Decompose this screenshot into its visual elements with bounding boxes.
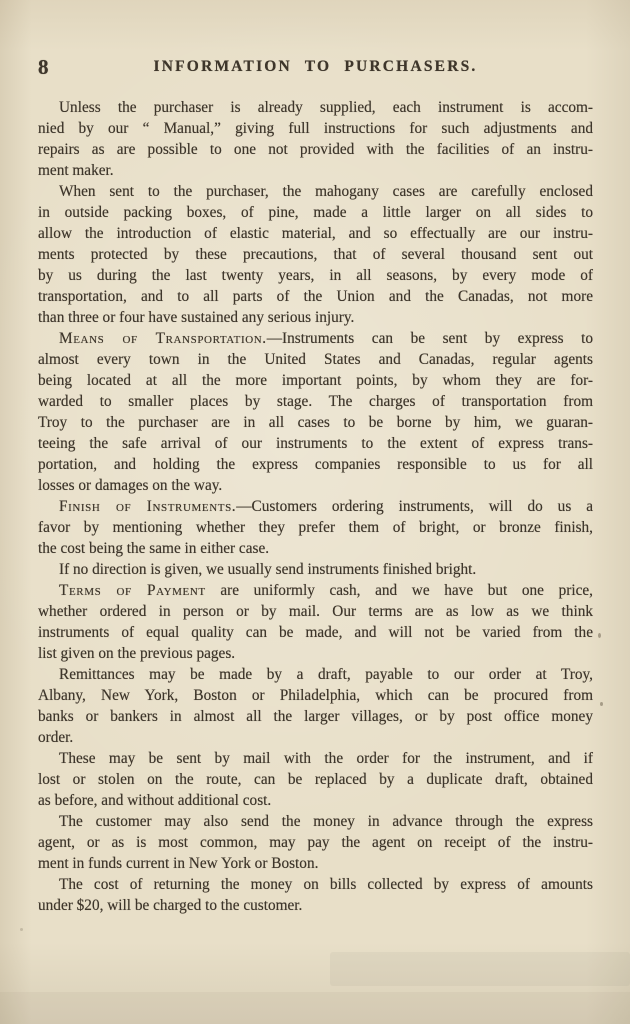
ink-speck — [20, 928, 23, 931]
paragraph: If no direction is given, we usually sen… — [38, 559, 593, 580]
text-line: Troy to the purchaser are in all cases t… — [38, 412, 593, 433]
smallcaps-heading: Finish of Instruments. — [59, 498, 236, 515]
text-line: When sent to the purchaser, the mahogany… — [38, 181, 593, 202]
paragraph: When sent to the purchaser, the mahogany… — [38, 181, 593, 328]
paragraph: Unless the purchaser is already supplied… — [38, 97, 593, 181]
text-line: under $20, will be charged to the custom… — [38, 895, 593, 916]
text-line: Means of Transportation.—Instruments can… — [38, 328, 593, 349]
text-line: The cost of returning the money on bills… — [38, 874, 593, 895]
text-line: ment maker. — [38, 160, 593, 181]
page-content: Unless the purchaser is already supplied… — [38, 97, 593, 916]
text-line: Albany, New York, Boston or Philadelphia… — [38, 685, 593, 706]
paragraph: Finish of Instruments.—Customers orderin… — [38, 496, 593, 559]
paragraph: Means of Transportation.—Instruments can… — [38, 328, 593, 496]
scanned-book-page: 8 INFORMATION TO PURCHASERS. Unless the … — [0, 0, 630, 1024]
text-line: the cost being the same in either case. — [38, 538, 593, 559]
text-line: whether ordered in person or by mail. Ou… — [38, 601, 593, 622]
paragraph: The cost of returning the money on bills… — [38, 874, 593, 916]
text-line: ment in funds current in New York or Bos… — [38, 853, 593, 874]
text-line: nied by our “ Manual,” giving full instr… — [38, 118, 593, 139]
text-line: transportation, and to all parts of the … — [38, 286, 593, 307]
paragraph: These may be sent by mail with the order… — [38, 748, 593, 811]
text-line: list given on the previous pages. — [38, 643, 593, 664]
text-line: portation, and holding the express compa… — [38, 454, 593, 475]
text-line: Terms of Payment are uniformly cash, and… — [38, 580, 593, 601]
text-line: favor by mentioning whether they prefer … — [38, 517, 593, 538]
text-line: than three or four have sustained any se… — [38, 307, 593, 328]
scan-shading — [0, 992, 630, 1024]
smallcaps-heading: Means of Transportation. — [59, 330, 267, 347]
text-line: Remittances may be made by a draft, paya… — [38, 664, 593, 685]
running-head-title: INFORMATION TO PURCHASERS. — [38, 58, 593, 76]
text-line: losses or damages on the way. — [38, 475, 593, 496]
paragraph: Terms of Payment are uniformly cash, and… — [38, 580, 593, 664]
ink-speck — [598, 633, 601, 638]
text-line: warded to smaller places by stage. The c… — [38, 391, 593, 412]
text-line: almost every town in the United States a… — [38, 349, 593, 370]
text-line: agent, or as is most common, may pay the… — [38, 832, 593, 853]
smallcaps-heading: Terms of Payment — [59, 582, 206, 599]
ink-speck — [600, 702, 603, 706]
text-line: teeing the safe arrival of our instrumen… — [38, 433, 593, 454]
text-line: Unless the purchaser is already supplied… — [38, 97, 593, 118]
text-line: being located at all the more important … — [38, 370, 593, 391]
text-line: allow the introduction of elastic materi… — [38, 223, 593, 244]
text-line: instruments of equal quality can be made… — [38, 622, 593, 643]
text-line: order. — [38, 727, 593, 748]
page-header: 8 INFORMATION TO PURCHASERS. — [38, 55, 593, 81]
text-line: as before, and without additional cost. — [38, 790, 593, 811]
paragraph: Remittances may be made by a draft, paya… — [38, 664, 593, 748]
text-line: banks or bankers in almost all the large… — [38, 706, 593, 727]
paragraph: The customer may also send the money in … — [38, 811, 593, 874]
text-line: Finish of Instruments.—Customers orderin… — [38, 496, 593, 517]
scan-shading — [330, 952, 630, 986]
text-line: by us during the last twenty years, in a… — [38, 265, 593, 286]
text-line: repairs as are possible to one not provi… — [38, 139, 593, 160]
text-line: lost or stolen on the route, can be repl… — [38, 769, 593, 790]
text-line: ments protected by these precautions, th… — [38, 244, 593, 265]
text-line: These may be sent by mail with the order… — [38, 748, 593, 769]
text-line: If no direction is given, we usually sen… — [38, 559, 593, 580]
text-line: The customer may also send the money in … — [38, 811, 593, 832]
text-line: in outside packing boxes, of pine, made … — [38, 202, 593, 223]
